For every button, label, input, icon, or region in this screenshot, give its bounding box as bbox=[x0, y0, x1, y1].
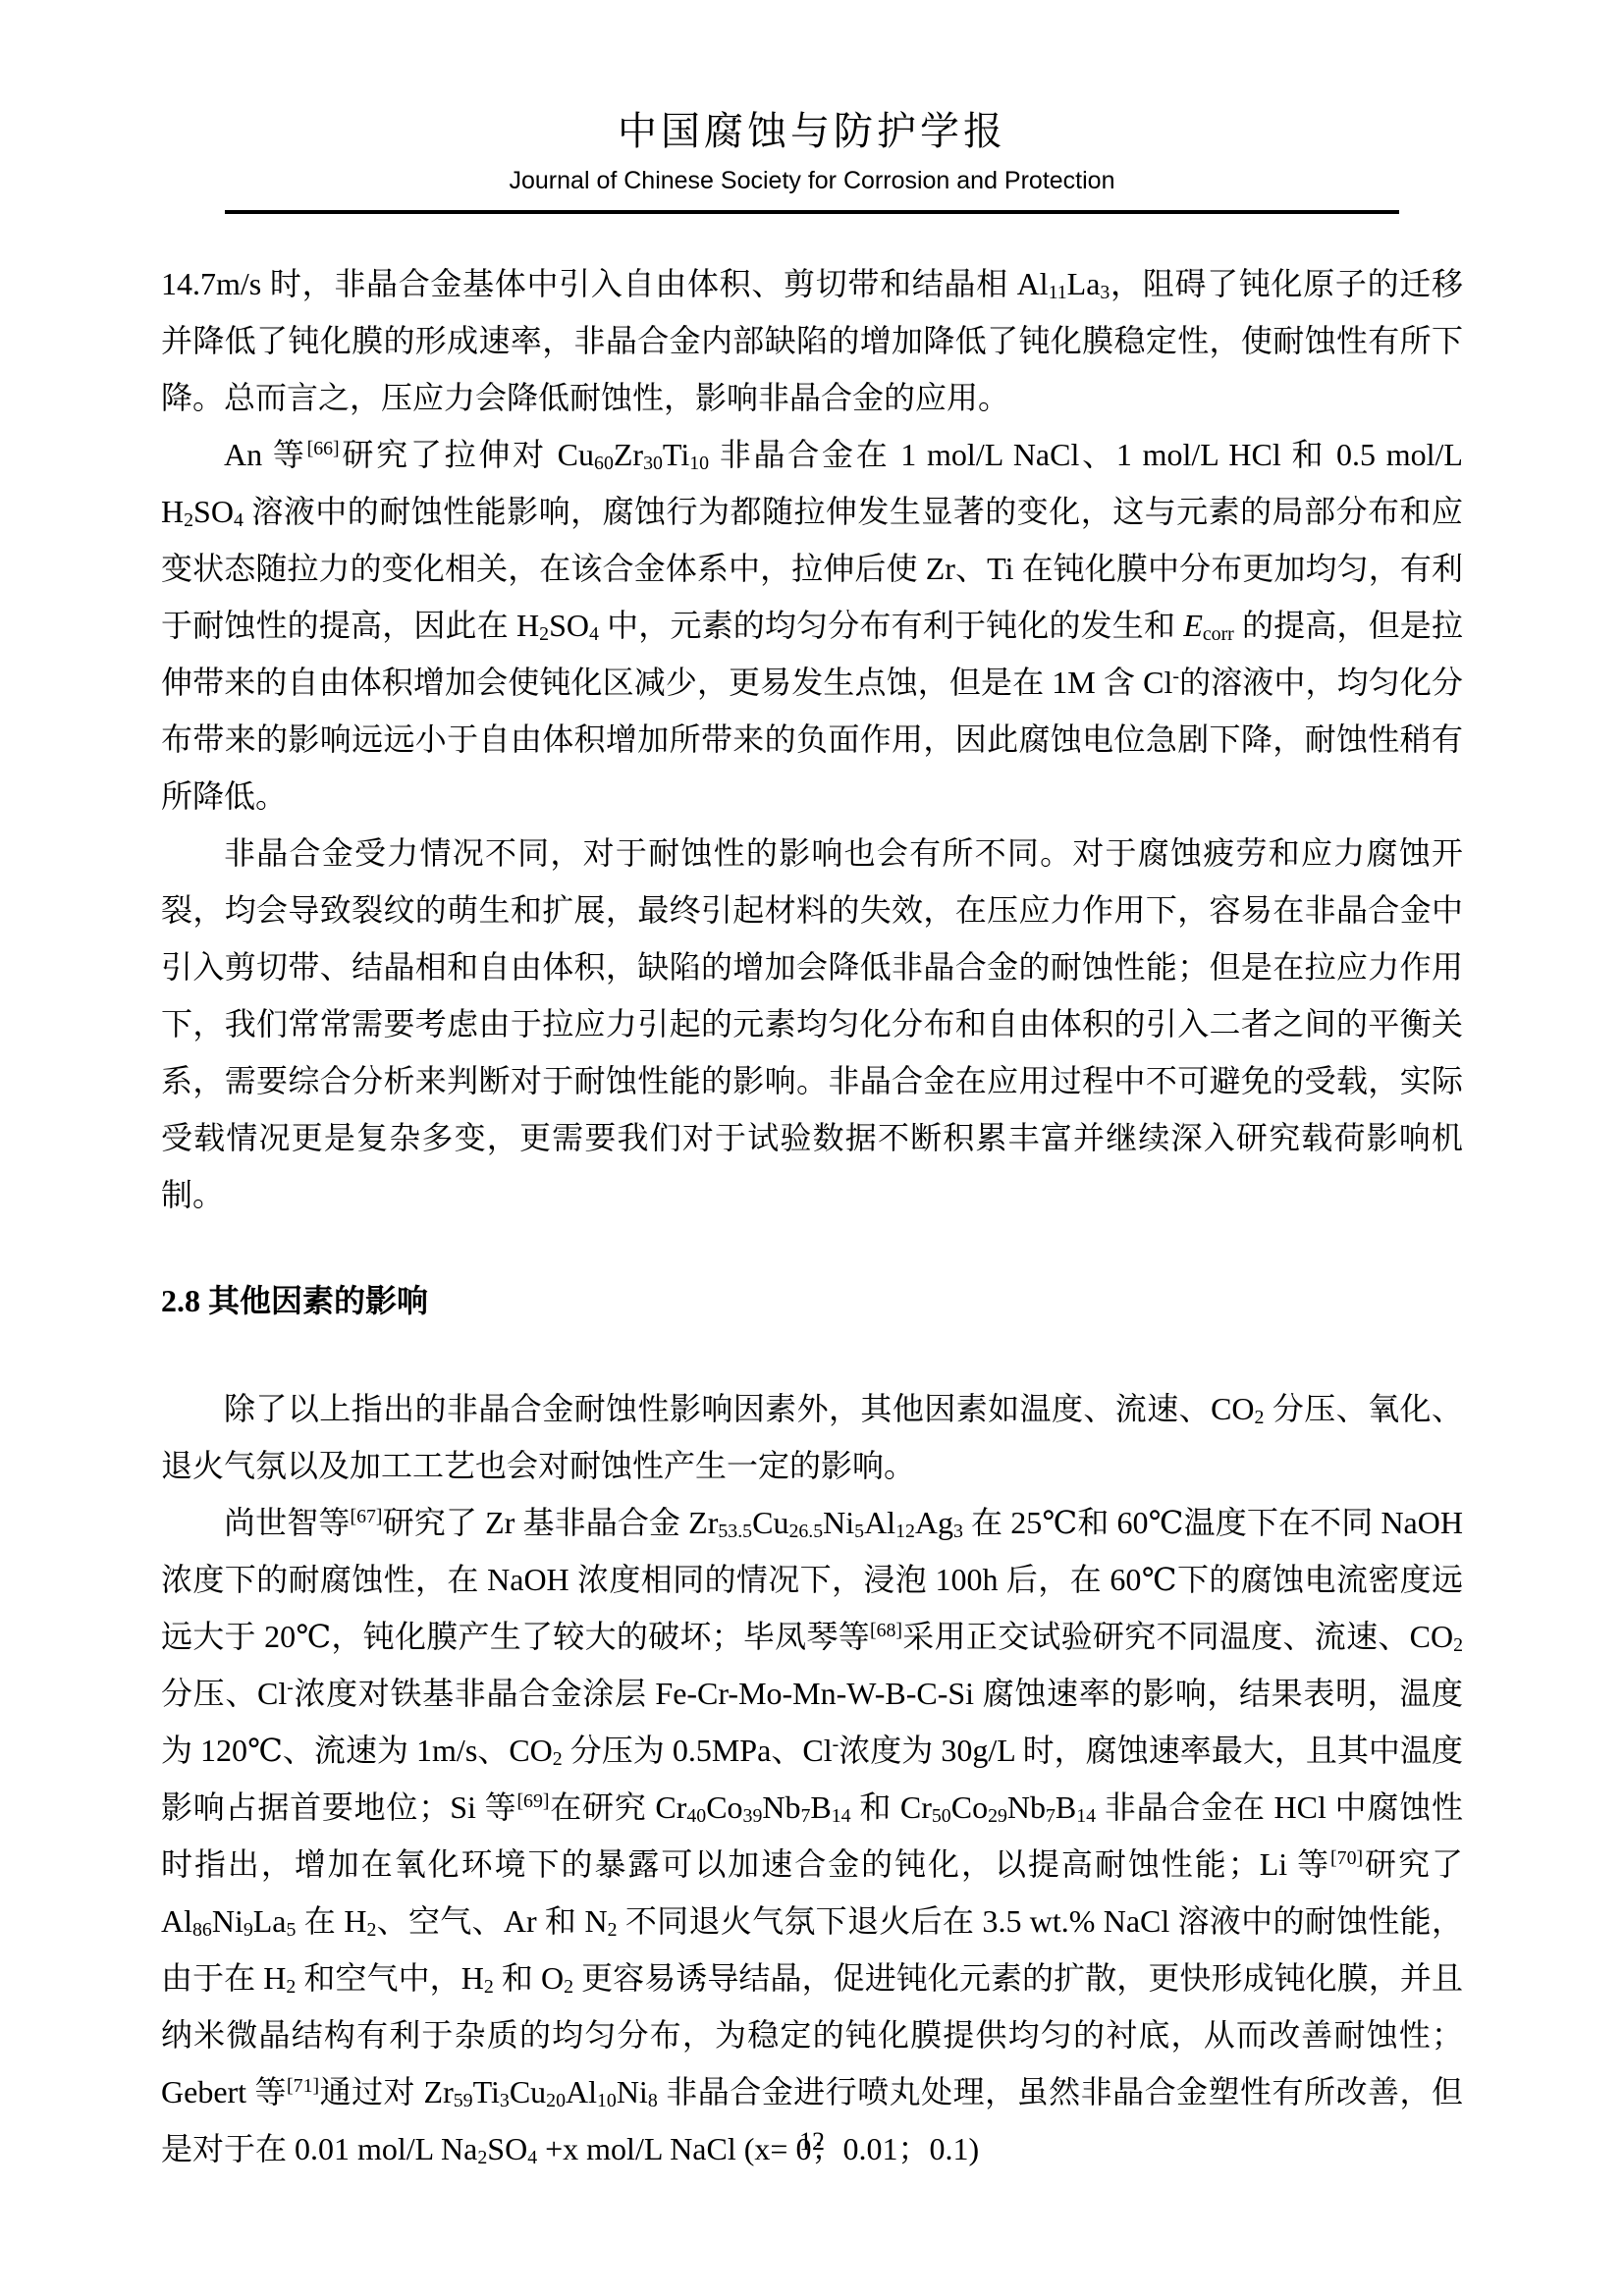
page-header: 中国腐蚀与防护学报 Journal of Chinese Society for… bbox=[0, 0, 1624, 214]
page-number: 12 bbox=[0, 2126, 1624, 2158]
paragraph: 14.7m/s 时，非晶合金基体中引入自由体积、剪切带和结晶相 Al11La3，… bbox=[161, 255, 1463, 426]
journal-title-zh: 中国腐蚀与防护学报 bbox=[0, 106, 1624, 157]
paragraph: 尚世智等[67]研究了 Zr 基非晶合金 Zr53.5Cu26.5Ni5Al12… bbox=[161, 1494, 1463, 2177]
document-page: 中国腐蚀与防护学报 Journal of Chinese Society for… bbox=[0, 0, 1624, 2296]
section-heading: 2.8 其他因素的影响 bbox=[161, 1272, 1463, 1329]
header-rule bbox=[225, 210, 1399, 214]
paragraph: An 等[66]研究了拉伸对 Cu60Zr30Ti10 非晶合金在 1 mol/… bbox=[161, 426, 1463, 825]
journal-title-en: Journal of Chinese Society for Corrosion… bbox=[0, 165, 1624, 196]
paragraph: 除了以上指出的非晶合金耐蚀性影响因素外，其他因素如温度、流速、CO2 分压、氧化… bbox=[161, 1380, 1463, 1494]
paragraph: 非晶合金受力情况不同，对于耐蚀性的影响也会有所不同。对于腐蚀疲劳和应力腐蚀开裂，… bbox=[161, 825, 1463, 1223]
document-body: 14.7m/s 时，非晶合金基体中引入自由体积、剪切带和结晶相 Al11La3，… bbox=[161, 255, 1463, 2177]
